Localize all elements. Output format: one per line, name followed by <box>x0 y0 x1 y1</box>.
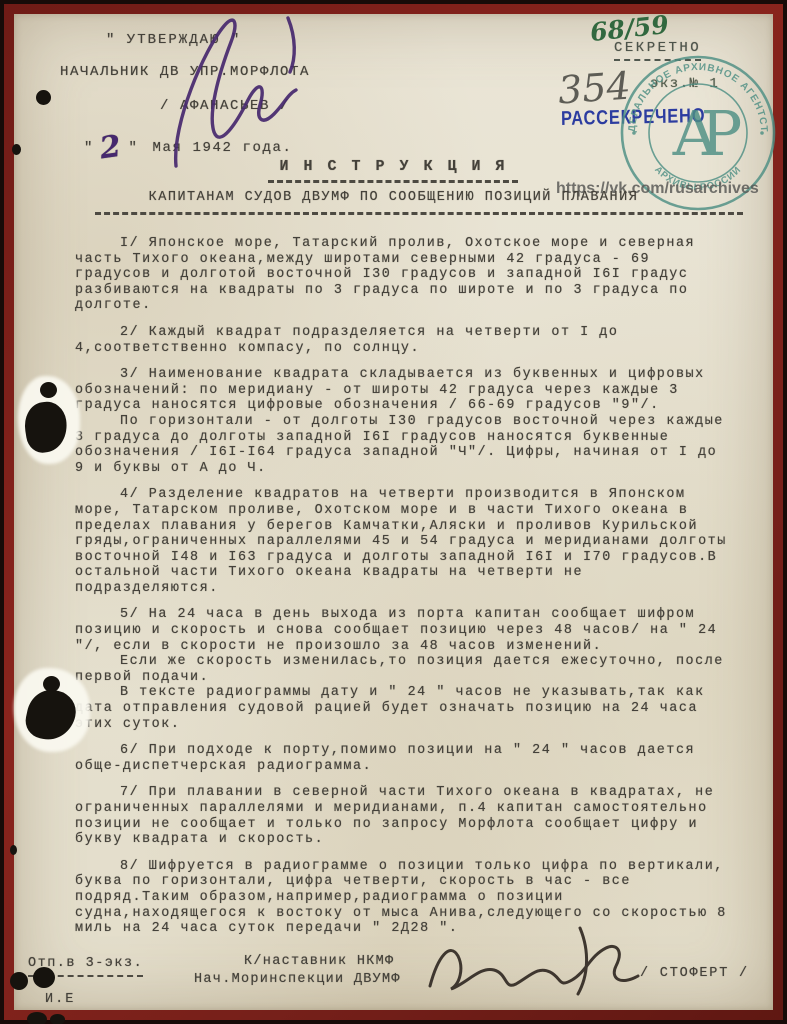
ink-blot-dot-6 <box>33 967 55 988</box>
ink-blot-dot-5 <box>10 972 28 990</box>
ink-blot-small-7 <box>10 845 17 855</box>
signature-stofert-ink <box>418 924 653 1009</box>
date-open-quote: " <box>84 140 94 156</box>
paragraph-3: 3/ Наименование квадрата складывается из… <box>75 367 727 414</box>
typist-initials: И.Е <box>45 992 75 1007</box>
signer-title-line1: К/наставник НКМФ <box>244 954 394 969</box>
document-body: I/ Японское море, Татарский пролив, Охот… <box>75 236 727 937</box>
paragraph-1: I/ Японское море, Татарский пролив, Охот… <box>75 236 727 314</box>
ink-blot-small-1 <box>36 90 51 105</box>
paragraph-4: 4/ Разделение квадратов на четверти прои… <box>75 487 727 596</box>
paragraph-5: 5/ На 24 часа в день выхода из порта кап… <box>75 607 727 654</box>
date-close-quote: " <box>129 140 139 156</box>
document-subtitle: КАПИТАНАМ СУДОВ ДВУМФ ПО СООБЩЕНИЮ ПОЗИЦ… <box>0 190 787 205</box>
scanned-document-page: " УТВЕРЖДАЮ " НАЧАЛЬНИК ДВ УПР.МОРФЛОТА … <box>0 0 787 1024</box>
signature-afanasiev-ink <box>138 6 328 176</box>
paragraph-5-continued: Если же скорость изменилась,то позиция д… <box>75 654 727 685</box>
ink-blot-edge-1 <box>27 1012 47 1024</box>
ink-blot-edge-2 <box>50 1014 65 1024</box>
paragraph-6: 6/ При подходе к порту,помимо позиции на… <box>75 743 727 774</box>
signer-name: / СТОФЕРТ / <box>640 966 749 981</box>
subtitle-underline <box>95 212 743 215</box>
ink-blot-small-2 <box>12 144 21 155</box>
paragraph-5-continued-2: В тексте радиограммы дату и " 24 " часов… <box>75 685 727 732</box>
title-underline <box>268 180 518 183</box>
paragraph-3-continued: По горизонтали - от долготы I30 градусов… <box>75 414 727 476</box>
ink-blot-dot-3 <box>40 382 57 398</box>
paragraph-7: 7/ При плавании в северной части Тихого … <box>75 785 727 847</box>
document-title: И Н С Т Р У К Ц И Я <box>0 158 787 175</box>
signer-title-line2: Нач.Моринспекции ДВУМФ <box>194 972 401 987</box>
paragraph-2: 2/ Каждый квадрат подразделяется на четв… <box>75 325 727 356</box>
